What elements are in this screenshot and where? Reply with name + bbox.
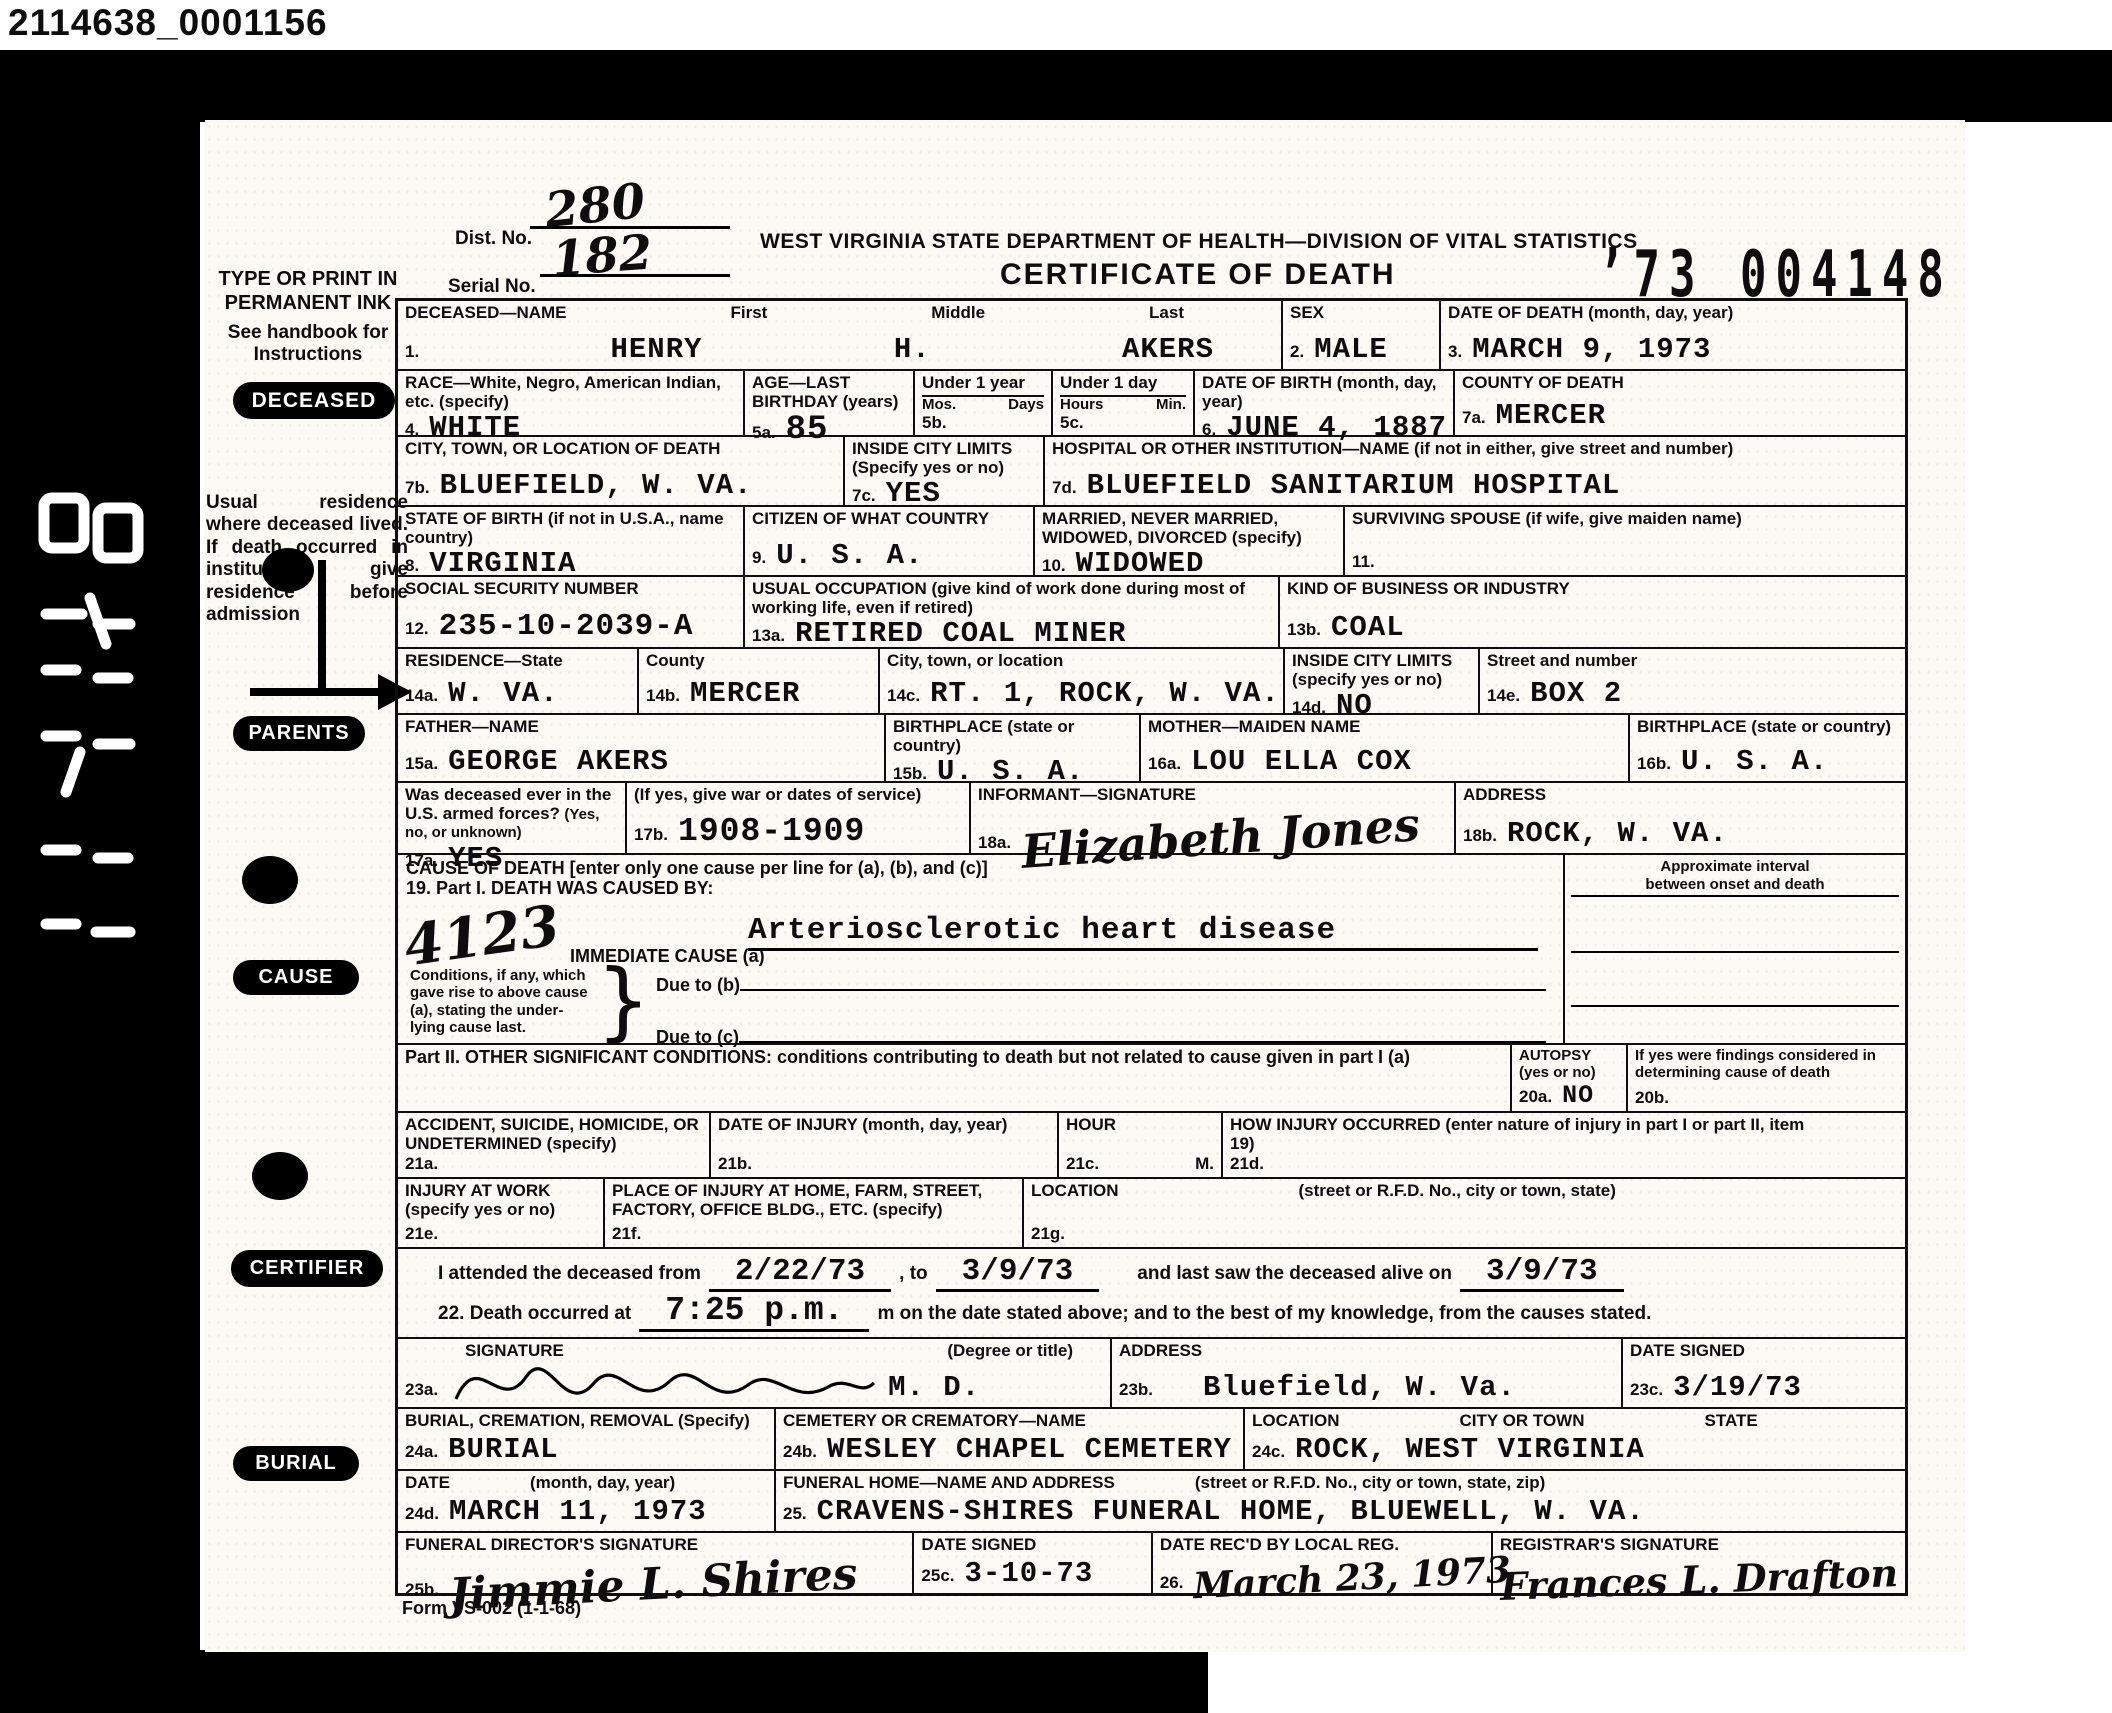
field-onset-interval: Approximate interval between onset and d… — [1565, 855, 1905, 1043]
field-marital-status: MARRIED, NEVER MARRIED, WIDOWED, DIVORCE… — [1035, 507, 1345, 575]
surviving-spouse-label: SURVIVING SPOUSE (if wife, give maiden n… — [1352, 510, 1898, 529]
handbook-note-line1: See handbook for — [228, 322, 388, 343]
interval-line-a — [1571, 895, 1899, 897]
burial-type-label: BURIAL, CREMATION, REMOVAL (Specify) — [405, 1412, 767, 1431]
field-registrar-signature: REGISTRAR'S SIGNATURE Frances L. Drafton — [1493, 1533, 1905, 1593]
serial-no-value: 182 — [550, 225, 654, 288]
due-to-b-line — [740, 971, 1546, 991]
marital-status-value: WIDOWED — [1076, 547, 1205, 580]
field-industry: KIND OF BUSINESS OR INDUSTRY 13b.COAL — [1280, 577, 1905, 647]
field-accident-type: ACCIDENT, SUICIDE, HOMICIDE, OR UNDETERM… — [398, 1113, 711, 1177]
injury-date-label: DATE OF INJURY (month, day, year) — [718, 1116, 1050, 1135]
inside-city-limits-label: INSIDE CITY LIMITS (Specify yes or no) — [852, 440, 1036, 477]
field-injury-date: DATE OF INJURY (month, day, year) 21b. — [711, 1113, 1059, 1177]
sex-label: SEX — [1290, 304, 1432, 323]
field-injury-hour: HOUR 21c.M. — [1059, 1113, 1223, 1177]
autopsy-findings-label: If yes were findings considered in deter… — [1635, 1048, 1898, 1081]
certificate-form: DECEASED—NAME First Middle Last 1. HENRY… — [395, 298, 1908, 1596]
burial-date-hint: (month, day, year) — [530, 1474, 675, 1493]
funeral-director-date-value: 3-10-73 — [965, 1557, 1094, 1590]
burial-location-value: ROCK, WEST VIRGINIA — [1295, 1433, 1645, 1466]
field-county-of-death: COUNTY OF DEATH 7a.MERCER — [1455, 371, 1905, 435]
first-name-value: HENRY — [611, 333, 703, 366]
marital-status-label: MARRIED, NEVER MARRIED, WIDOWED, DIVORCE… — [1042, 510, 1336, 547]
industry-value: COAL — [1331, 611, 1405, 644]
certifier-address-value: Bluefield, W. Va. — [1203, 1371, 1516, 1404]
field-residence-street: Street and number 14e.BOX 2 — [1480, 649, 1905, 713]
field-certifier-signature: SIGNATURE (Degree or title) 23a. M. D. — [398, 1339, 1112, 1407]
serial-no-label: Serial No. — [448, 276, 536, 298]
field-date-received: DATE REC'D BY LOCAL REG. 26. March 23, 1… — [1153, 1533, 1493, 1593]
certifier-address-label: ADDRESS — [1119, 1342, 1614, 1361]
interval-header-2: between onset and death — [1645, 876, 1824, 893]
field-state-of-birth: STATE OF BIRTH (if not in U.S.A., name c… — [398, 507, 745, 575]
field-autopsy-findings: If yes were findings considered in deter… — [1628, 1045, 1905, 1111]
date-of-birth-label: DATE OF BIRTH (month, day, year) — [1202, 374, 1446, 411]
ink-instruction: TYPE OR PRINT IN PERMANENT INK — [208, 268, 408, 315]
dist-no-label: Dist. No. — [455, 228, 532, 250]
date-of-death-value: MARCH 9, 1973 — [1472, 333, 1711, 366]
burial-state-label: STATE — [1705, 1412, 1758, 1431]
informant-address-label: ADDRESS — [1463, 786, 1898, 805]
last-name-value: AKERS — [1122, 333, 1214, 366]
immediate-cause-value: Arteriosclerotic heart disease — [748, 913, 1336, 948]
field-residence-city-limits: INSIDE CITY LIMITS (specify yes or no) 1… — [1285, 649, 1480, 713]
residence-street-value: BOX 2 — [1530, 677, 1622, 710]
burial-location-label: LOCATION — [1252, 1412, 1340, 1431]
state-of-birth-label: STATE OF BIRTH (if not in U.S.A., name c… — [405, 510, 736, 547]
field-place-of-injury: PLACE OF INJURY AT HOME, FARM, STREET, F… — [605, 1179, 1024, 1247]
middle-label: Middle — [931, 304, 985, 323]
field-inside-city-limits: INSIDE CITY LIMITS (Specify yes or no) 7… — [845, 437, 1045, 505]
father-name-label: FATHER—NAME — [405, 718, 877, 737]
under-1-day-label: Under 1 day — [1060, 374, 1186, 397]
father-name-value: GEORGE AKERS — [448, 745, 669, 778]
field-hospital: HOSPITAL OR OTHER INSTITUTION—NAME (if n… — [1045, 437, 1905, 505]
funeral-home-value: CRAVENS-SHIRES FUNERAL HOME, BLUEWELL, W… — [817, 1495, 1645, 1528]
hospital-label: HOSPITAL OR OTHER INSTITUTION—NAME (if n… — [1052, 440, 1898, 459]
mother-name-value: LOU ELLA COX — [1191, 745, 1412, 778]
field-certifier-date-signed: DATE SIGNED 23c.3/19/73 — [1623, 1339, 1905, 1407]
certifier-date-signed-label: DATE SIGNED — [1630, 1342, 1898, 1361]
place-of-injury-label: PLACE OF INJURY AT HOME, FARM, STREET, F… — [612, 1182, 1015, 1219]
film-band-bottom — [0, 1650, 1208, 1713]
interval-header-1: Approximate interval — [1660, 858, 1809, 875]
residence-state-label: RESIDENCE—State — [405, 652, 630, 671]
ink-instruction-line1: TYPE OR PRINT IN — [219, 268, 398, 290]
field-mother-birthplace: BIRTHPLACE (state or country) 16b.U. S. … — [1630, 715, 1905, 781]
accident-type-label: ACCIDENT, SUICIDE, HOMICIDE, OR UNDETERM… — [405, 1116, 702, 1153]
field-cause-of-death: CAUSE OF DEATH [enter only one cause per… — [398, 855, 1565, 1043]
county-of-death-value: MERCER — [1496, 399, 1606, 432]
industry-label: KIND OF BUSINESS OR INDUSTRY — [1287, 580, 1898, 599]
handbook-note: See handbook for Instructions — [208, 322, 408, 367]
middle-name-value: H. — [894, 333, 931, 366]
field-burial-location: LOCATION CITY OR TOWN STATE 24c.ROCK, WE… — [1245, 1409, 1905, 1469]
field-deceased-name: DECEASED—NAME First Middle Last 1. HENRY… — [398, 301, 1283, 369]
field-service-dates: (If yes, give war or dates of service) 1… — [627, 783, 971, 853]
residence-arrow-shaft — [250, 688, 380, 696]
attended-to-label: , to — [899, 1263, 928, 1285]
certificate-title: CERTIFICATE OF DEATH — [1000, 258, 1396, 292]
field-date-of-death: DATE OF DEATH (month, day, year) 3.MARCH… — [1441, 301, 1905, 369]
inside-city-limits-value: YES — [886, 477, 941, 510]
service-dates-label: (If yes, give war or dates of service) — [634, 786, 962, 805]
field-burial-date: DATE (month, day, year) 24d.MARCH 11, 19… — [398, 1471, 776, 1531]
injury-at-work-label: INJURY AT WORK (specify yes or no) — [405, 1182, 596, 1219]
tab-certifier: CERTIFIER — [231, 1250, 383, 1287]
service-dates-value: 1908-1909 — [678, 813, 865, 850]
county-of-death-label: COUNTY OF DEATH — [1462, 374, 1898, 393]
state-of-birth-value: VIRGINIA — [429, 547, 576, 580]
field-date-of-birth: DATE OF BIRTH (month, day, year) 6.JUNE … — [1195, 371, 1455, 435]
field-ssn: SOCIAL SECURITY NUMBER 12.235-10-2039-A — [398, 577, 745, 647]
residence-city-limits-label: INSIDE CITY LIMITS (specify yes or no) — [1292, 652, 1471, 689]
city-of-death-value: BLUEFIELD, W. VA. — [440, 469, 753, 502]
field-under-1-year: Under 1 year Mos.Days 5b. — [915, 371, 1053, 435]
field-age: AGE—LAST BIRTHDAY (years) 5a.85 — [745, 371, 915, 435]
field-race: RACE—White, Negro, American Indian, etc.… — [398, 371, 745, 435]
under-1-year-label: Under 1 year — [922, 374, 1044, 397]
death-time-value: 7:25 p.m. — [639, 1292, 869, 1332]
ssn-value: 235-10-2039-A — [439, 609, 694, 644]
field-injury-location: LOCATION (street or R.F.D. No., city or … — [1024, 1179, 1905, 1247]
injury-hour-label: HOUR — [1066, 1116, 1214, 1135]
field-sex: SEX 2.MALE — [1283, 301, 1441, 369]
citizen-value: U. S. A. — [776, 539, 923, 572]
attended-from-value: 2/22/73 — [709, 1254, 891, 1292]
field-autopsy: AUTOPSY (yes or no) 20a.NO — [1512, 1045, 1628, 1111]
residence-street-label: Street and number — [1487, 652, 1898, 671]
age-label: AGE—LAST BIRTHDAY (years) — [752, 374, 906, 411]
race-label: RACE—White, Negro, American Indian, etc.… — [405, 374, 736, 411]
cemetery-name-label: CEMETERY OR CREMATORY—NAME — [783, 1412, 1236, 1431]
form-number: Form VS-002 (1-1-68) — [402, 1598, 581, 1619]
scan-id: 2114638_0001156 — [8, 2, 328, 44]
conditions-brace: } — [596, 951, 651, 1051]
handbook-note-line2: Instructions — [254, 344, 363, 365]
field-armed-forces: Was deceased ever in the U.S. armed forc… — [398, 783, 627, 853]
burial-city-label: CITY OR TOWN — [1460, 1412, 1585, 1431]
funeral-home-hint: (street or R.F.D. No., city or town, sta… — [1195, 1474, 1545, 1493]
field-residence-state: RESIDENCE—State 14a.W. VA. — [398, 649, 639, 713]
how-injury-occurred-label: HOW INJURY OCCURRED (enter nature of inj… — [1230, 1116, 1831, 1153]
field-informant-signature: INFORMANT—SIGNATURE 18a. Elizabeth Jones — [971, 783, 1456, 853]
cause-part1-label: 19. Part I. DEATH WAS CAUSED BY: — [406, 878, 713, 898]
film-counter-marks — [32, 478, 152, 968]
field-occupation: USUAL OCCUPATION (give kind of work done… — [745, 577, 1280, 647]
ink-blob-2 — [242, 856, 298, 904]
ssn-label: SOCIAL SECURITY NUMBER — [405, 580, 736, 599]
cemetery-name-value: WESLEY CHAPEL CEMETERY — [827, 1433, 1232, 1466]
field-other-conditions: Part II. OTHER SIGNIFICANT CONDITIONS: c… — [398, 1045, 1512, 1111]
funeral-home-label: FUNERAL HOME—NAME AND ADDRESS — [783, 1474, 1115, 1493]
residence-city-label: City, town, or location — [887, 652, 1276, 671]
field-burial-type: BURIAL, CREMATION, REMOVAL (Specify) 24a… — [398, 1409, 776, 1469]
residence-city-value: RT. 1, ROCK, W. VA. — [930, 677, 1280, 710]
burial-date-value: MARCH 11, 1973 — [449, 1495, 707, 1528]
city-of-death-label: CITY, TOWN, OR LOCATION OF DEATH — [405, 440, 836, 459]
deceased-name-num: 1. — [405, 342, 419, 362]
field-residence-county: County 14b.MERCER — [639, 649, 880, 713]
ink-instruction-line2: PERMANENT INK — [225, 292, 392, 314]
field-mother-name: MOTHER—MAIDEN NAME 16a.LOU ELLA COX — [1141, 715, 1630, 781]
field-funeral-director-signature: FUNERAL DIRECTOR'S SIGNATURE 25b. Jimmie… — [398, 1533, 914, 1593]
scanned-death-certificate: 2114638_0001156 TYPE OR PRINT IN PERMANE… — [0, 0, 2112, 1713]
tab-parents: PARENTS — [233, 716, 365, 751]
field-father-name: FATHER—NAME 15a.GEORGE AKERS — [398, 715, 886, 781]
field-how-injury-occurred: HOW INJURY OCCURRED (enter nature of inj… — [1223, 1113, 1905, 1177]
first-label: First — [730, 304, 767, 323]
attended-prefix: I attended the deceased from — [438, 1263, 701, 1285]
occupation-label: USUAL OCCUPATION (give kind of work done… — [752, 580, 1271, 617]
mother-birthplace-label: BIRTHPLACE (state or country) — [1637, 718, 1898, 737]
field-city-of-death: CITY, TOWN, OR LOCATION OF DEATH 7b.BLUE… — [398, 437, 845, 505]
deceased-name-label: DECEASED—NAME — [405, 304, 567, 323]
field-funeral-director-date: DATE SIGNED 25c.3-10-73 — [914, 1533, 1152, 1593]
occupation-value: RETIRED COAL MINER — [795, 617, 1126, 650]
other-conditions-label: Part II. OTHER SIGNIFICANT CONDITIONS: c… — [405, 1048, 1503, 1068]
residence-county-value: MERCER — [690, 677, 800, 710]
funeral-director-date-label: DATE SIGNED — [921, 1536, 1143, 1555]
field-residence-city: City, town, or location 14c.RT. 1, ROCK,… — [880, 649, 1285, 713]
last-seen-label: and last saw the deceased alive on — [1137, 1263, 1452, 1285]
mother-name-label: MOTHER—MAIDEN NAME — [1148, 718, 1621, 737]
conditions-note: Conditions, if any, which gave rise to a… — [410, 967, 595, 1036]
autopsy-value: NO — [1562, 1081, 1594, 1110]
ink-blob-3 — [252, 1152, 308, 1200]
mother-birthplace-value: U. S. A. — [1681, 745, 1828, 778]
certifier-date-signed-value: 3/19/73 — [1673, 1371, 1802, 1404]
last-seen-value: 3/9/73 — [1460, 1254, 1624, 1292]
tab-deceased: DECEASED — [233, 382, 395, 419]
field-certifier-statement: I attended the deceased from 2/22/73 , t… — [398, 1249, 1905, 1337]
tab-burial: BURIAL — [233, 1446, 359, 1481]
interval-line-b — [1571, 951, 1899, 953]
injury-location-label: LOCATION — [1031, 1182, 1119, 1201]
death-occurred-suffix: m on the date stated above; and to the b… — [877, 1303, 1651, 1325]
interval-line-c — [1571, 1005, 1899, 1007]
tab-cause: CAUSE — [233, 960, 359, 995]
residence-county-label: County — [646, 652, 871, 671]
due-to-b-label: Due to (b) — [656, 976, 740, 996]
father-birthplace-label: BIRTHPLACE (state or country) — [893, 718, 1132, 755]
cause-header: CAUSE OF DEATH [enter only one cause per… — [406, 858, 988, 878]
ink-blob-1 — [262, 548, 314, 592]
department-title: WEST VIRGINIA STATE DEPARTMENT OF HEALTH… — [760, 230, 1638, 254]
injury-location-hint: (street or R.F.D. No., city or town, sta… — [1299, 1182, 1616, 1201]
field-cemetery-name: CEMETERY OR CREMATORY—NAME 24b.WESLEY CH… — [776, 1409, 1245, 1469]
burial-type-value: BURIAL — [448, 1433, 558, 1466]
certifier-signature-scrawl — [448, 1353, 878, 1405]
residence-state-value: W. VA. — [448, 677, 558, 710]
due-to-c-line — [739, 1023, 1546, 1043]
autopsy-label: AUTOPSY (yes or no) — [1519, 1048, 1619, 1081]
field-informant-address: ADDRESS 18b.ROCK, W. VA. — [1456, 783, 1905, 853]
field-funeral-home: FUNERAL HOME—NAME AND ADDRESS (street or… — [776, 1471, 1905, 1531]
field-citizen: CITIZEN OF WHAT COUNTRY 9.U. S. A. — [745, 507, 1035, 575]
attended-to-value: 3/9/73 — [936, 1254, 1100, 1292]
sex-value: MALE — [1314, 333, 1388, 366]
field-injury-at-work: INJURY AT WORK (specify yes or no) 21e. — [398, 1179, 605, 1247]
field-father-birthplace: BIRTHPLACE (state or country) 15b.U. S. … — [886, 715, 1141, 781]
degree-title-label: (Degree or title) — [947, 1342, 1073, 1361]
immediate-cause-value-wrap: Arteriosclerotic heart disease — [748, 913, 1538, 951]
last-label: Last — [1149, 304, 1184, 323]
field-surviving-spouse: SURVIVING SPOUSE (if wife, give maiden n… — [1345, 507, 1905, 575]
film-band-top — [0, 50, 2112, 122]
informant-address-value: ROCK, W. VA. — [1507, 817, 1728, 850]
death-occurred-prefix: 22. Death occurred at — [438, 1303, 631, 1325]
citizen-label: CITIZEN OF WHAT COUNTRY — [752, 510, 1026, 529]
residence-arrow-stem — [318, 560, 326, 690]
hour-m-suffix: M. — [1195, 1154, 1214, 1174]
date-of-death-label: DATE OF DEATH (month, day, year) — [1448, 304, 1898, 323]
field-under-1-day: Under 1 day HoursMin. 5c. — [1053, 371, 1195, 435]
field-certifier-address: ADDRESS 23b.Bluefield, W. Va. — [1112, 1339, 1623, 1407]
burial-date-label: DATE — [405, 1474, 450, 1493]
hospital-value: BLUEFIELD SANITARIUM HOSPITAL — [1087, 469, 1621, 502]
degree-value: M. D. — [888, 1371, 980, 1404]
